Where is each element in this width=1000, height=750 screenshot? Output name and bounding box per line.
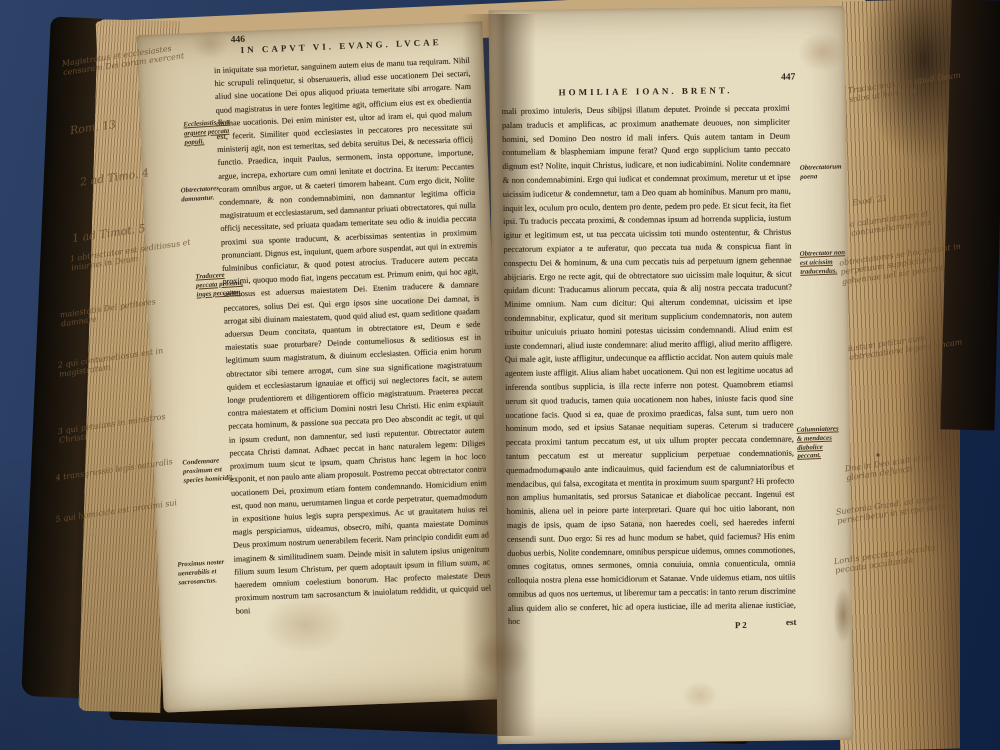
book-gutter-shadow [462, 14, 536, 736]
margin-note-printed: Calumniatores & mendaces diabolice pecca… [796, 425, 845, 462]
body-text-left: in iniquitate sua morietur, sanguinem au… [214, 54, 495, 696]
book-photo: 446 IN CAPVT VI. EVANG. LVCAE in iniquit… [0, 0, 1000, 750]
body-text-right: mali proximo intuleris, Deus sibijpsi il… [502, 102, 797, 705]
page-number-right: 447 [781, 72, 795, 82]
margin-note-printed: Proximus noster uenerabilis et sacrosanc… [177, 558, 231, 588]
margin-note-printed: Traducere peccata proximi, inges peccatu… [195, 270, 249, 300]
page-number-left: 446 [231, 35, 246, 46]
running-title-right: HOMILIAE IOAN. BRENT. 447 [501, 85, 789, 99]
margin-note-printed: Ecclesiastis licet arguere peccata popul… [183, 119, 233, 148]
running-title-left: 446 IN CAPVT VI. EVANG. LVCAE [213, 36, 469, 56]
signature-mark: P 2 [735, 620, 747, 630]
right-page: HOMILIAE IOAN. BRENT. 447 mali proximo i… [489, 6, 854, 744]
catchword: est [786, 617, 797, 627]
margin-note-printed: Obtrectatorum poena [800, 163, 849, 182]
margin-note-printed: Obtrectatores damnantur. [181, 185, 230, 206]
